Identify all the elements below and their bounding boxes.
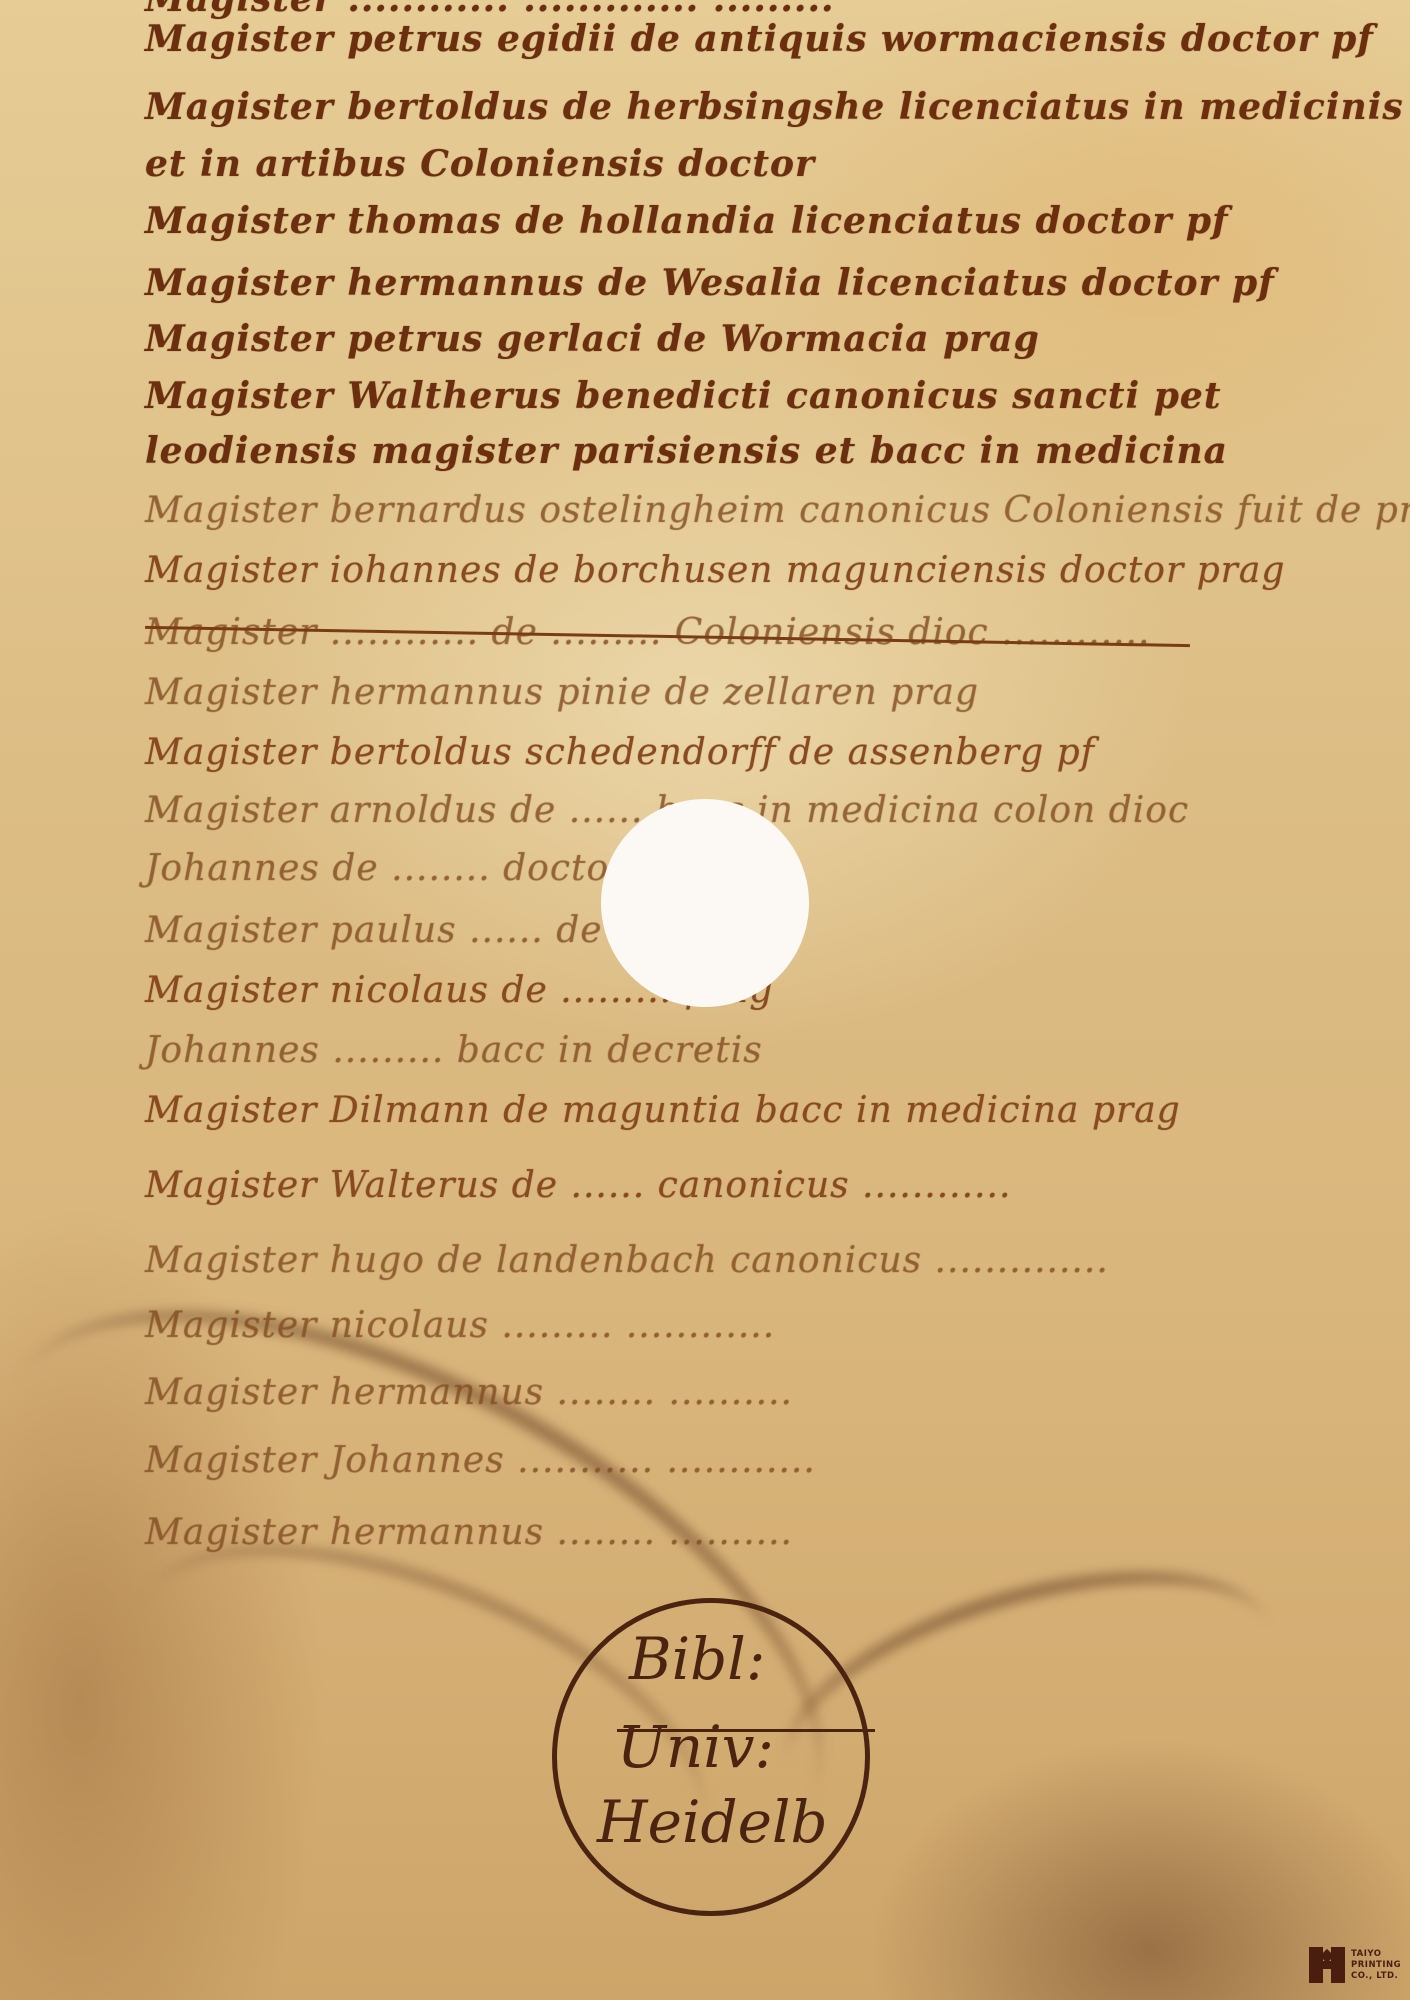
manuscript-line: Magister nicolaus ......... ............	[145, 1305, 775, 1346]
manuscript-line: et in artibus Coloniensis doctor	[145, 143, 815, 185]
manuscript-line: Magister Waltherus benedicti canonicus s…	[145, 375, 1221, 417]
stamp-line-3: Heidelb	[597, 1788, 828, 1856]
manuscript-line: Johannes ......... bacc in decretis	[145, 1030, 763, 1071]
stamp-line-1: Bibl:	[629, 1625, 765, 1693]
manuscript-line: Magister bertoldus schedendorff de assen…	[145, 732, 1095, 773]
printer-logo: TAIYO PRINTING CO., LTD.	[1309, 1947, 1401, 1983]
manuscript-line: Magister thomas de hollandia licenciatus…	[145, 200, 1229, 242]
logo-text-line-2: PRINTING	[1351, 1960, 1401, 1971]
manuscript-line: Magister Dilmann de maguntia bacc in med…	[145, 1090, 1181, 1131]
manuscript-line: Magister Johannes ........... ..........…	[145, 1440, 816, 1481]
manuscript-line: Magister hermannus ........ ..........	[145, 1512, 793, 1553]
manuscript-line: Magister hermannus de Wesalia licenciatu…	[145, 262, 1275, 304]
manuscript-line: Magister bernardus ostelingheim canonicu…	[145, 490, 1410, 531]
white-circle-cutout	[601, 799, 809, 1007]
manuscript-line: Magister petrus gerlaci de Wormacia prag	[145, 318, 1040, 360]
logo-text-line-3: CO., LTD.	[1351, 1971, 1401, 1982]
logo-text-line-1: TAIYO	[1351, 1949, 1401, 1960]
stamp-line-2: Univ:	[617, 1713, 774, 1781]
manuscript-line: Magister ............ de ......... Colon…	[145, 612, 1150, 653]
manuscript-line: leodiensis magister parisiensis et bacc …	[145, 430, 1228, 472]
taiyo-logo-icon	[1309, 1947, 1345, 1983]
library-stamp: Bibl: Univ: Heidelb	[552, 1598, 870, 1916]
manuscript-line: Magister ............ ............. ....…	[145, 0, 835, 20]
manuscript-line: Magister petrus egidii de antiquis worma…	[145, 18, 1374, 60]
manuscript-line: Magister hermannus pinie de zellaren pra…	[145, 672, 979, 713]
manuscript-line: Magister Walterus de ...... canonicus ..…	[145, 1165, 1011, 1206]
manuscript-line: Magister hugo de landenbach canonicus ..…	[145, 1240, 1109, 1281]
manuscript-line: Magister hermannus ........ ..........	[145, 1372, 793, 1413]
manuscript-line: Magister iohannes de borchusen maguncien…	[145, 550, 1285, 591]
manuscript-line: Magister bertoldus de herbsingshe licenc…	[145, 86, 1404, 128]
